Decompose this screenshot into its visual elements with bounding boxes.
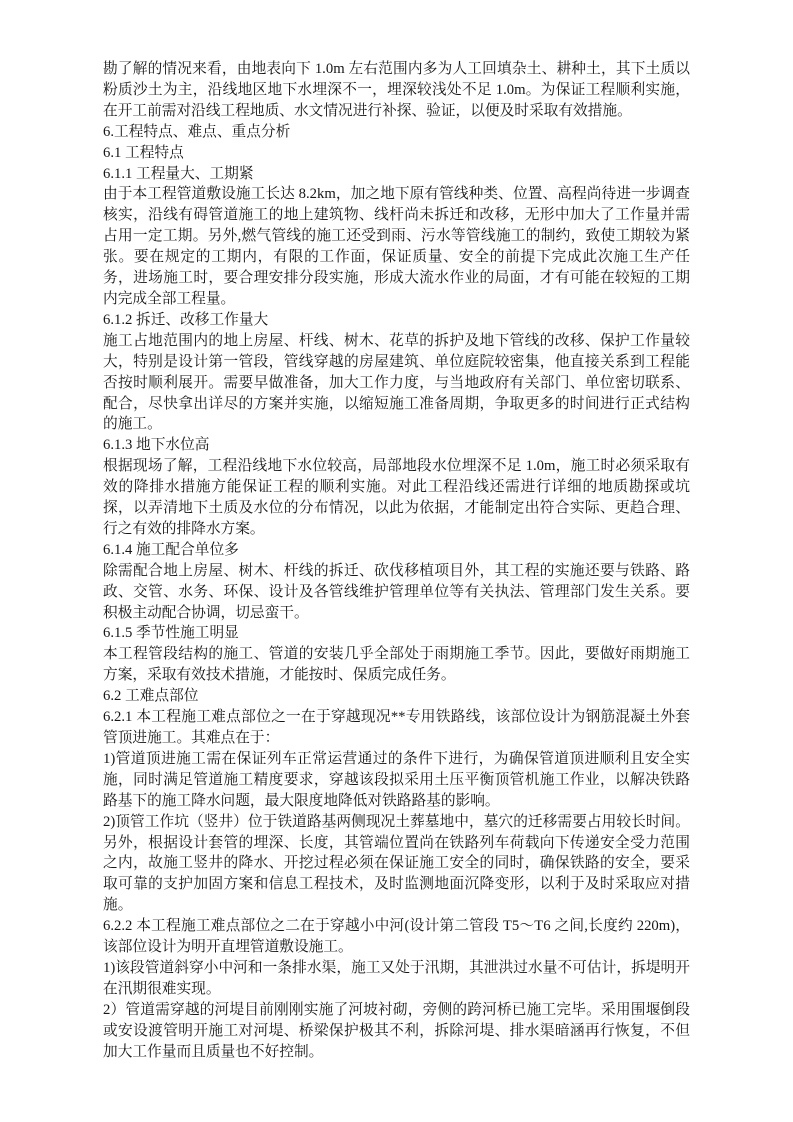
body-paragraph-6-1-4: 除需配合地上房屋、树木、杆线的拆迁、砍伐移植项目外，其工程的实施还要与铁路、路政… xyxy=(103,561,690,624)
heading-6: 6.工程特点、难点、重点分析 xyxy=(103,122,690,143)
body-paragraph-6-1-5: 本工程管段结构的施工、管道的安装几乎全部处于雨期施工季节。因此，要做好雨期施工方… xyxy=(103,644,690,686)
heading-6-2: 6.2 工难点部位 xyxy=(103,686,690,707)
heading-6-1-5: 6.1.5 季节性施工明显 xyxy=(103,623,690,644)
body-paragraph-survey-continuation: 勘了解的情况来看，由地表向下 1.0m 左右范围内多为人工回填杂土、耕种土，其下… xyxy=(103,59,690,122)
body-paragraph-6-2-2-item-1: 1)该段管道斜穿小中河和一条排水渠，施工又处于汛期，其泄洪过水量不可估计，拆堤明… xyxy=(103,958,690,1000)
body-paragraph-6-1-1: 由于本工程管道敷设施工长达 8.2km，加之地下原有管线种类、位置、高程尚待进一… xyxy=(103,184,690,309)
body-paragraph-6-1-2: 施工占地范围内的地上房屋、杆线、树木、花草的拆护及地下管线的改移、保护工作量较大… xyxy=(103,331,690,436)
heading-6-1: 6.1 工程特点 xyxy=(103,143,690,164)
document-text-block: 勘了解的情况来看，由地表向下 1.0m 左右范围内多为人工回填杂土、耕种土，其下… xyxy=(103,59,690,1063)
body-paragraph-6-2-1-item-2: 2)顶管工作坑（竖井）位于铁道路基两侧现况土葬墓地中，墓穴的迁移需要占用较长时间… xyxy=(103,812,690,917)
body-paragraph-6-1-3: 根据现场了解，工程沿线地下水位较高，局部地段水位埋深不足 1.0m，施工时必须采… xyxy=(103,456,690,540)
body-paragraph-6-2-1: 6.2.1 本工程施工难点部位之一在于穿越现况**专用铁路线，该部位设计为钢筋混… xyxy=(103,707,690,749)
body-paragraph-6-2-2: 6.2.2 本工程施工难点部位之二在于穿越小中河(设计第二管段 T5～T6 之间… xyxy=(103,916,690,958)
heading-6-1-4: 6.1.4 施工配合单位多 xyxy=(103,540,690,561)
document-page: 勘了解的情况来看，由地表向下 1.0m 左右范围内多为人工回填杂土、耕种土，其下… xyxy=(0,0,793,1122)
heading-6-1-3: 6.1.3 地下水位高 xyxy=(103,435,690,456)
heading-6-1-1: 6.1.1 工程量大、工期紧 xyxy=(103,164,690,185)
heading-6-1-2: 6.1.2 拆迁、改移工作量大 xyxy=(103,310,690,331)
body-paragraph-6-2-2-item-2: 2）管道需穿越的河堤目前刚刚实施了河坡衬砌，旁侧的跨河桥已施工完毕。采用围堰倒段… xyxy=(103,1000,690,1063)
body-paragraph-6-2-1-item-1: 1)管道顶进施工需在保证列车正常运营通过的条件下进行，为确保管道顶进顺利且安全实… xyxy=(103,749,690,812)
